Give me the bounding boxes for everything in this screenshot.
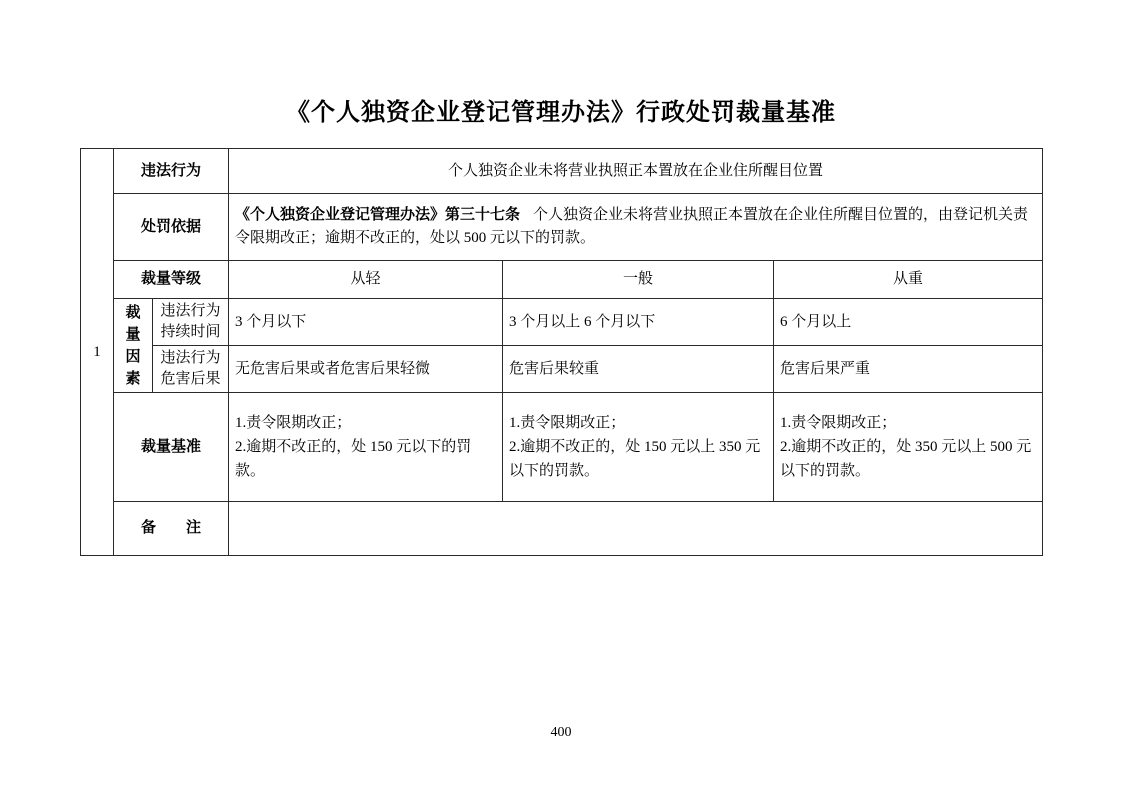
row-factor-duration: 裁 量 因 素 违法行为 持续时间 3 个月以下 3 个月以上 6 个月以下 6… bbox=[81, 299, 1043, 346]
factor-duration-label-line2: 持续时间 bbox=[159, 322, 222, 343]
benchmark-general-line1: 1.责令限期改正； bbox=[509, 411, 767, 435]
row-benchmark: 裁量基准 1.责令限期改正； 2.逾期不改正的，处 150 元以下的罚款。 1.… bbox=[81, 393, 1043, 502]
benchmark-light-line1: 1.责令限期改正； bbox=[235, 411, 496, 435]
benchmark-general: 1.责令限期改正； 2.逾期不改正的，处 150 元以上 350 元以下的罚款。 bbox=[503, 393, 774, 502]
factor-harm-label: 违法行为 危害后果 bbox=[153, 346, 229, 393]
factor-harm-heavy: 危害后果严重 bbox=[774, 346, 1043, 393]
factor-harm-general: 危害后果较重 bbox=[503, 346, 774, 393]
factors-label-char: 量 bbox=[120, 324, 146, 346]
factor-duration-general: 3 个月以上 6 个月以下 bbox=[503, 299, 774, 346]
row-violation: 1 违法行为 个人独资企业未将营业执照正本置放在企业住所醒目位置 bbox=[81, 149, 1043, 194]
factor-duration-heavy: 6 个月以上 bbox=[774, 299, 1043, 346]
row-remark: 备 注 bbox=[81, 502, 1043, 556]
factor-harm-label-line2: 危害后果 bbox=[159, 369, 222, 390]
row-factor-harm: 违法行为 危害后果 无危害后果或者危害后果轻微 危害后果较重 危害后果严重 bbox=[81, 346, 1043, 393]
benchmark-heavy-line2: 2.逾期不改正的，处 350 元以上 500 元以下的罚款。 bbox=[780, 435, 1036, 483]
benchmark-light-line2: 2.逾期不改正的，处 150 元以下的罚款。 bbox=[235, 435, 496, 483]
factors-label-char: 因 bbox=[120, 346, 146, 368]
basis-label: 处罚依据 bbox=[114, 194, 229, 261]
row-grade: 裁量等级 从轻 一般 从重 bbox=[81, 261, 1043, 299]
row-basis: 处罚依据 《个人独资企业登记管理办法》第三十七条个人独资企业未将营业执照正本置放… bbox=[81, 194, 1043, 261]
factor-harm-label-line1: 违法行为 bbox=[159, 348, 222, 369]
factor-harm-light: 无危害后果或者危害后果轻微 bbox=[229, 346, 503, 393]
basis-value: 《个人独资企业登记管理办法》第三十七条个人独资企业未将营业执照正本置放在企业住所… bbox=[229, 194, 1043, 261]
remark-value bbox=[229, 502, 1043, 556]
benchmark-label: 裁量基准 bbox=[114, 393, 229, 502]
grade-level-light: 从轻 bbox=[229, 261, 503, 299]
factor-duration-light: 3 个月以下 bbox=[229, 299, 503, 346]
document-title: 《个人独资企业登记管理办法》行政处罚裁量基准 bbox=[0, 92, 1122, 127]
factors-label-char: 裁 bbox=[120, 302, 146, 324]
basis-statute-citation: 《个人独资企业登记管理办法》第三十七条 bbox=[235, 207, 520, 223]
factors-label: 裁 量 因 素 bbox=[114, 299, 153, 393]
grade-level-heavy: 从重 bbox=[774, 261, 1043, 299]
grade-label: 裁量等级 bbox=[114, 261, 229, 299]
benchmark-general-line2: 2.逾期不改正的，处 150 元以上 350 元以下的罚款。 bbox=[509, 435, 767, 483]
benchmark-heavy-line1: 1.责令限期改正； bbox=[780, 411, 1036, 435]
remark-label: 备 注 bbox=[114, 502, 229, 556]
penalty-benchmark-table: 1 违法行为 个人独资企业未将营业执照正本置放在企业住所醒目位置 处罚依据 《个… bbox=[80, 148, 1043, 556]
factors-label-char: 素 bbox=[120, 368, 146, 390]
violation-label: 违法行为 bbox=[114, 149, 229, 194]
grade-level-general: 一般 bbox=[503, 261, 774, 299]
factor-duration-label: 违法行为 持续时间 bbox=[153, 299, 229, 346]
violation-value: 个人独资企业未将营业执照正本置放在企业住所醒目位置 bbox=[229, 149, 1043, 194]
benchmark-heavy: 1.责令限期改正； 2.逾期不改正的，处 350 元以上 500 元以下的罚款。 bbox=[774, 393, 1043, 502]
factor-duration-label-line1: 违法行为 bbox=[159, 301, 222, 322]
benchmark-light: 1.责令限期改正； 2.逾期不改正的，处 150 元以下的罚款。 bbox=[229, 393, 503, 502]
page-number: 400 bbox=[0, 725, 1122, 741]
row-index-cell: 1 bbox=[81, 149, 114, 556]
